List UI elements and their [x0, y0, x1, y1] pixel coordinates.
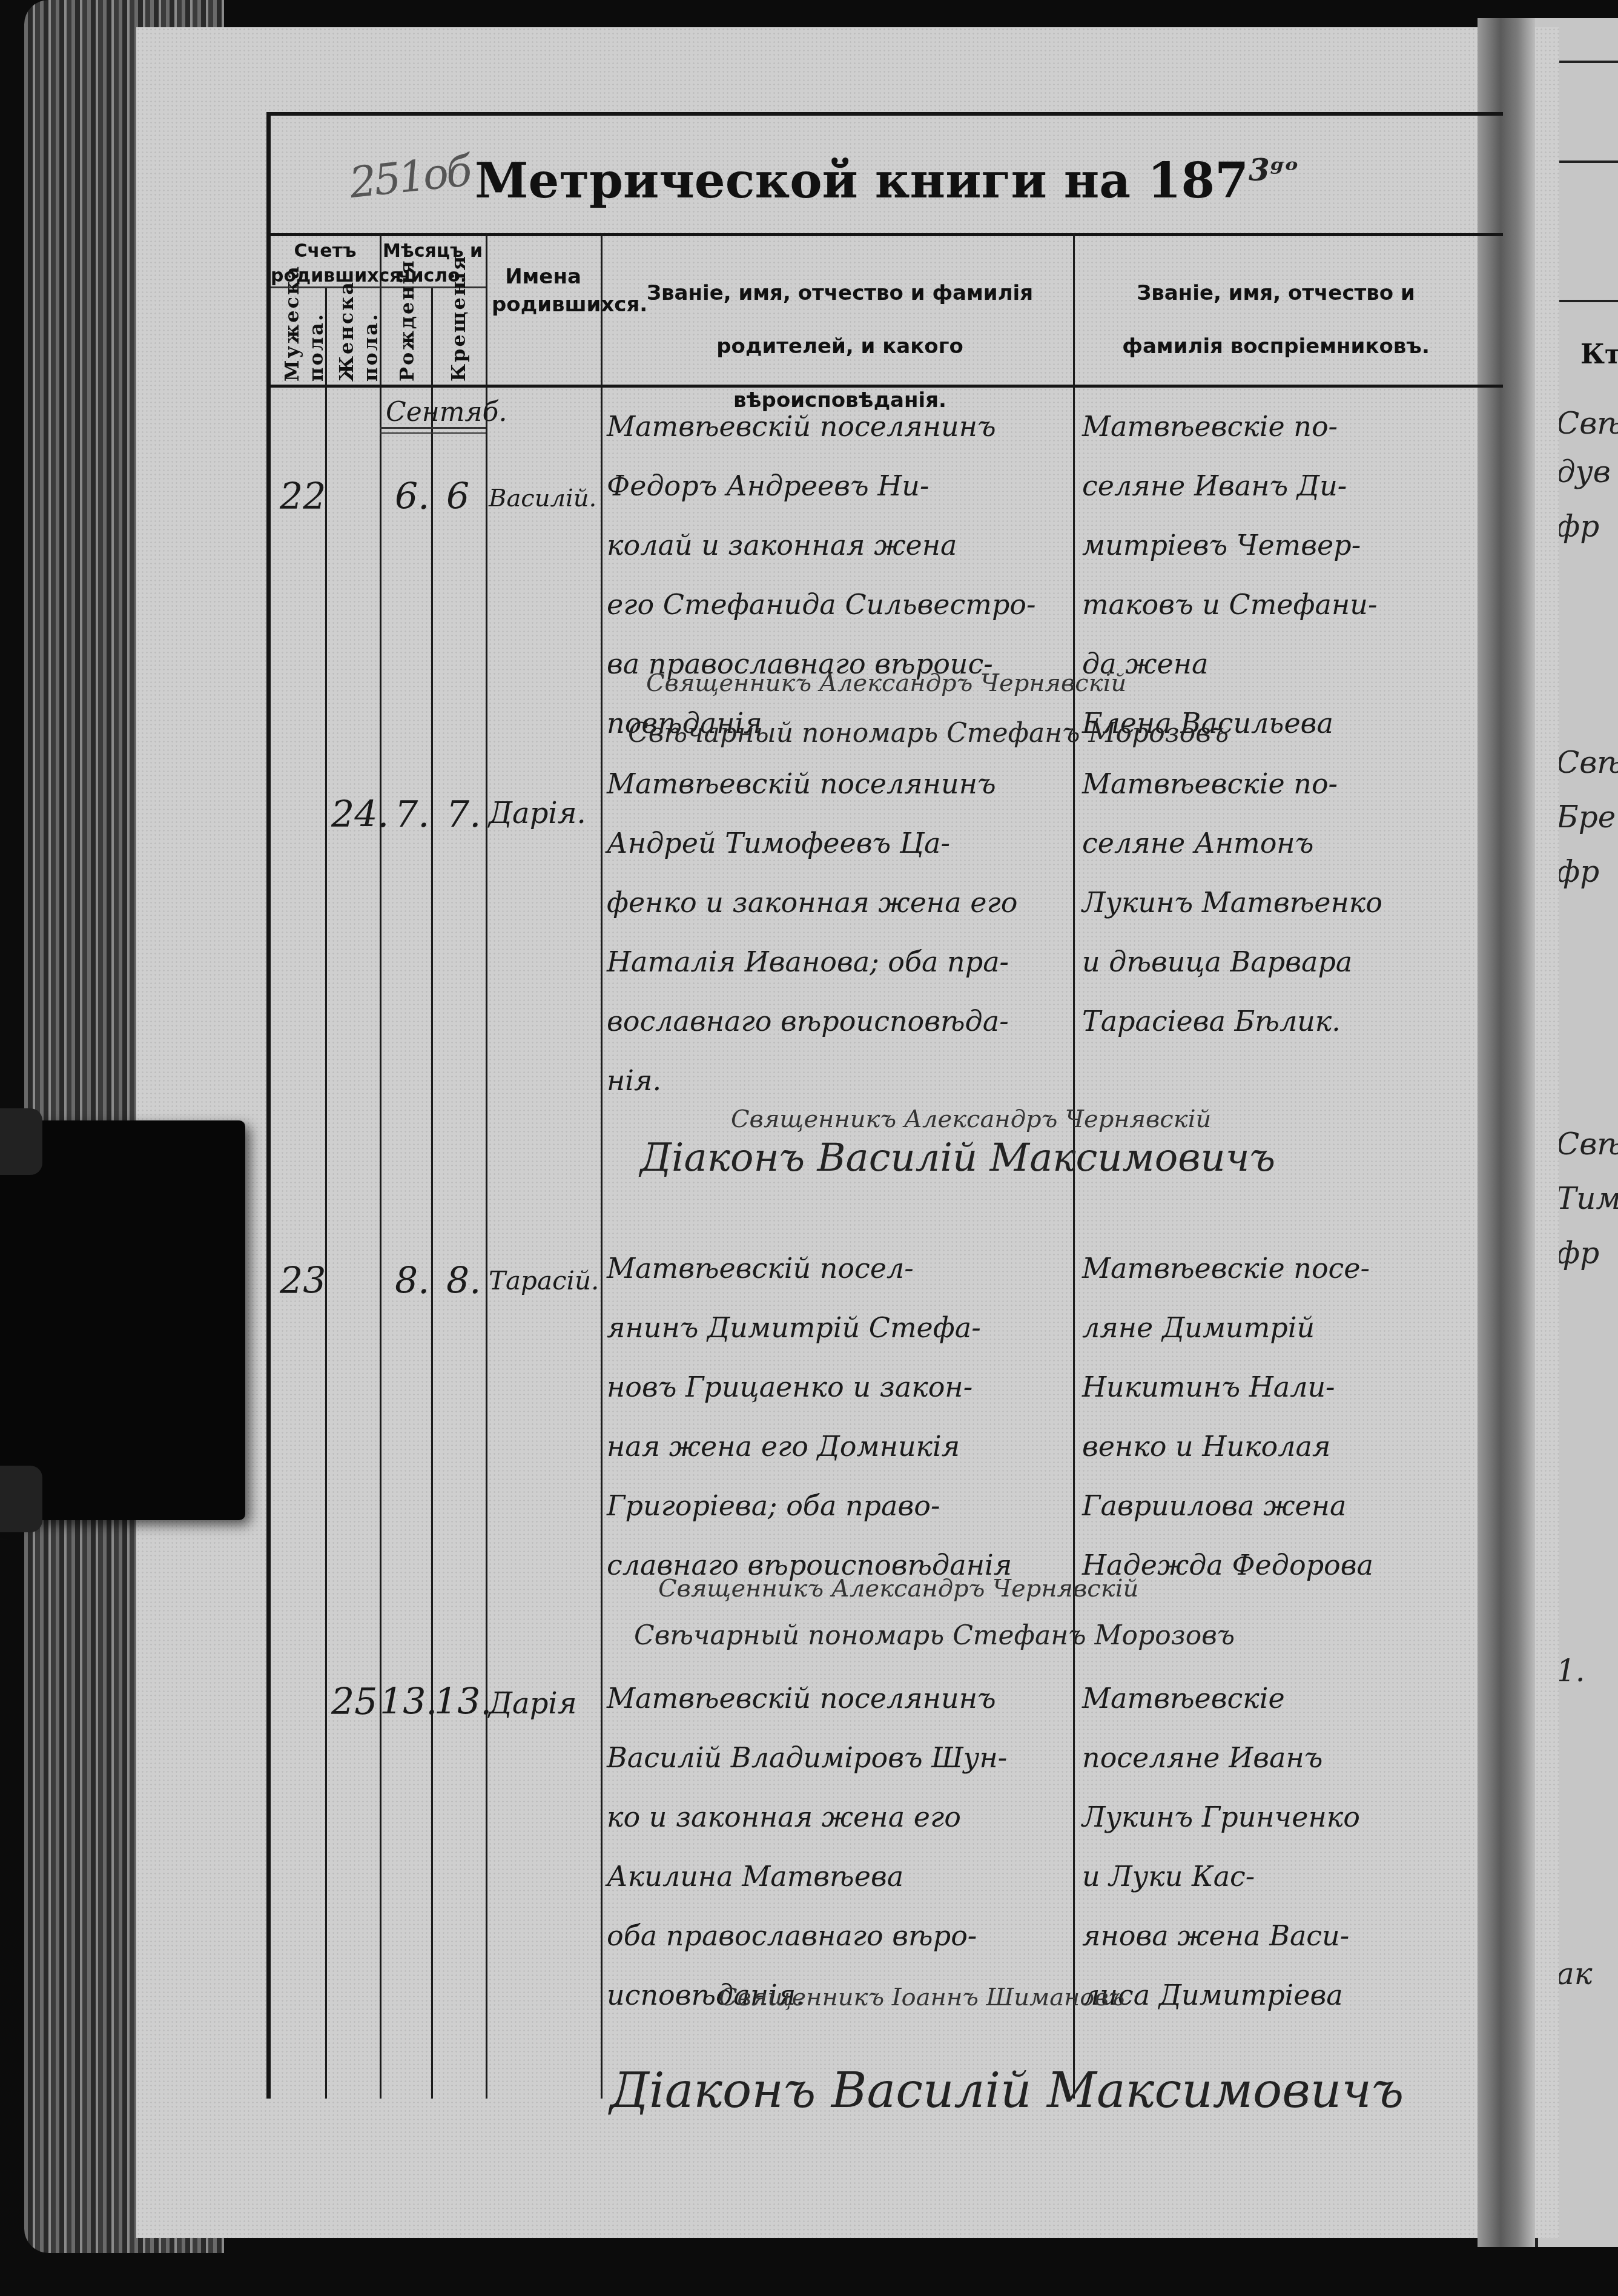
col-divider: [601, 233, 603, 2099]
male-number: 23: [280, 1260, 326, 1302]
clergy-signature: Священникъ Александръ Чернявскій: [731, 1105, 1211, 1133]
adjacent-fragment: Свѣ: [1556, 406, 1618, 441]
parents-text: Матвѣевскій поселянинъАндрей Тимофеевъ Ц…: [607, 754, 1017, 1110]
adjacent-fragment: Свѣ: [1556, 1126, 1618, 1162]
adjacent-fragment: Свѣ: [1556, 745, 1618, 780]
baptism-day: 7.: [446, 793, 481, 836]
page-title: Метрической книги на 1873ᵍᵒ: [271, 152, 1503, 209]
child-name: Василій.: [489, 485, 596, 512]
child-name: Дарія.: [489, 796, 586, 830]
header-godparents: Званіе, имя, отчество и фамилія воспріем…: [1106, 266, 1445, 374]
female-number: 24.: [331, 793, 389, 836]
baptism-day: 6: [446, 475, 469, 518]
godparents-text: Матвѣевскіепоселяне ИванъЛукинъ Гринченк…: [1082, 1669, 1360, 2025]
register-table: 251об Метрической книги на 1873ᵍᵒ Счетъ …: [266, 112, 1503, 2099]
clergy-signature: Свѣчарный пономарь Стефанъ Морозовъ: [634, 1620, 1235, 1651]
clergy-signature: Діаконъ Василій Максимовичъ: [640, 1136, 1275, 1180]
birth-day: 13.: [380, 1681, 437, 1723]
birth-day: 8.: [395, 1260, 429, 1302]
clergy-signature: Священникъ Іоаннъ Шимановъ: [719, 1983, 1124, 2011]
header-count-male: Мужеска пола.: [280, 297, 328, 382]
header-count-female: Женска пола.: [334, 297, 383, 382]
baptism-day: 8.: [446, 1260, 481, 1302]
adjacent-fragment: фр: [1556, 854, 1599, 889]
clip-hinge: [0, 1108, 42, 1175]
adjacent-fragment: ак: [1556, 1956, 1593, 1991]
baptism-day: 13.: [434, 1681, 492, 1723]
adjacent-fragment: дув: [1556, 454, 1611, 489]
adjacent-fragment: Бре: [1556, 799, 1616, 835]
month-underline: [380, 427, 486, 434]
col-divider: [431, 288, 433, 2099]
male-number: 22: [280, 475, 326, 518]
adjacent-fragment: Тим: [1556, 1181, 1618, 1216]
header-date-baptism: Крещенія: [446, 297, 471, 382]
clergy-signature: Діаконъ Василій Максимовичъ: [610, 2062, 1404, 2119]
godparents-text: Матвѣевскіе посе-ляне ДимитрійНикитинъ Н…: [1082, 1239, 1373, 1595]
binding-clip: [0, 1120, 245, 1520]
clergy-signature: Священникъ Александръ Чернявскій: [658, 1575, 1138, 1603]
parents-text: Матвѣевскій поселянинъФедоръ Андреевъ Ни…: [607, 397, 1036, 753]
title-band: 251об Метрической книги на 1873ᵍᵒ: [271, 116, 1503, 234]
col-divider: [486, 233, 487, 2099]
title-text: Метрической книги на 187: [475, 152, 1249, 209]
female-number: 25: [331, 1681, 377, 1723]
child-name: Дарія: [489, 1687, 577, 1721]
clip-hinge: [0, 1466, 42, 1532]
godparents-text: Матвѣевскіе по-селяне Иванъ Ди-митріевъ …: [1082, 397, 1377, 753]
child-name: Тарасій.: [489, 1266, 599, 1295]
birth-day: 6.: [395, 475, 429, 518]
col-divider: [380, 233, 381, 2099]
clergy-signature: Священникъ Александръ Чернявскій: [646, 669, 1126, 697]
header-date-birth: Рожденія: [395, 297, 419, 382]
adjacent-page-header: Кто: [1580, 339, 1618, 370]
header-top-rule: [271, 233, 1503, 236]
birth-day: 7.: [395, 793, 429, 836]
adjacent-fragment: фр: [1556, 509, 1599, 544]
col-divider: [325, 288, 327, 2099]
parents-text: Матвѣевскій поселянинъВасилій Владиміров…: [607, 1669, 1007, 2025]
parents-text: Матвѣевскій посел-янинъ Димитрій Стефа-н…: [607, 1239, 1012, 1595]
header-names: Имена родившихся.: [492, 263, 595, 319]
month-note: Сентяб.: [386, 397, 507, 428]
godparents-text: Матвѣевскіе по-селяне АнтонъЛукинъ Матвѣ…: [1082, 754, 1382, 1051]
title-year-handwritten: 3ᵍᵒ: [1249, 152, 1299, 188]
adjacent-fragment: фр: [1556, 1236, 1599, 1271]
clergy-signature: Свѣчарный пономарь Стефанъ Морозовъ: [628, 718, 1229, 749]
adjacent-fragment: 1.: [1556, 1653, 1585, 1689]
